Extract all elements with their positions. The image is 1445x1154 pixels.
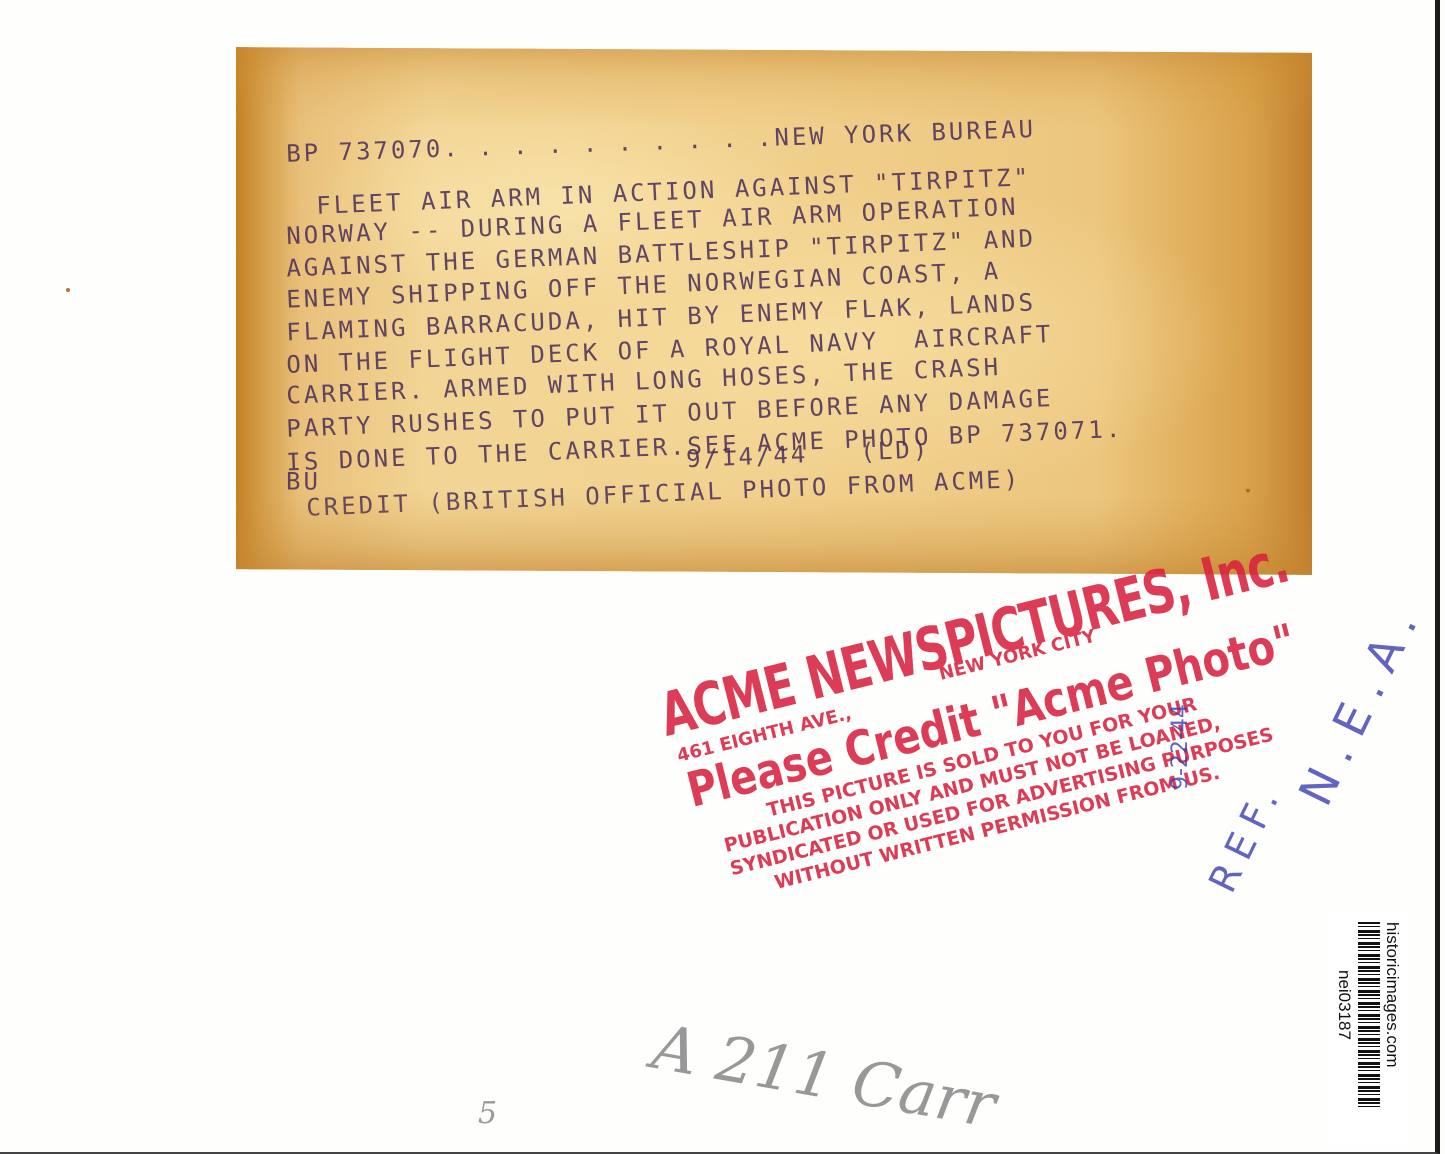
bureau-line: BP 737070. . . . . . . . . .NEW YORK BUR… (286, 115, 1037, 168)
handwritten-number: 5 (478, 1096, 497, 1131)
ref-stamp: REF. (1200, 774, 1291, 900)
initials: BU (286, 467, 321, 495)
handwritten-note: A 211 Carr (647, 1010, 1001, 1142)
ref-date: 9-22-44 (1168, 704, 1193, 790)
barcode-icon (1358, 922, 1380, 1110)
barcode-code: nei03187 (1334, 970, 1354, 1040)
photo-back: BP 737070. . . . . . . . . .NEW YORK BUR… (0, 0, 1440, 1154)
barcode-site: historicimages.com (1382, 922, 1402, 1068)
stain-spot (66, 288, 70, 292)
nea-stamp: N.E.A. (1288, 590, 1434, 813)
barcode-label: historicimages.com nei03187 (1330, 910, 1410, 1145)
stain-spot (1246, 488, 1250, 492)
